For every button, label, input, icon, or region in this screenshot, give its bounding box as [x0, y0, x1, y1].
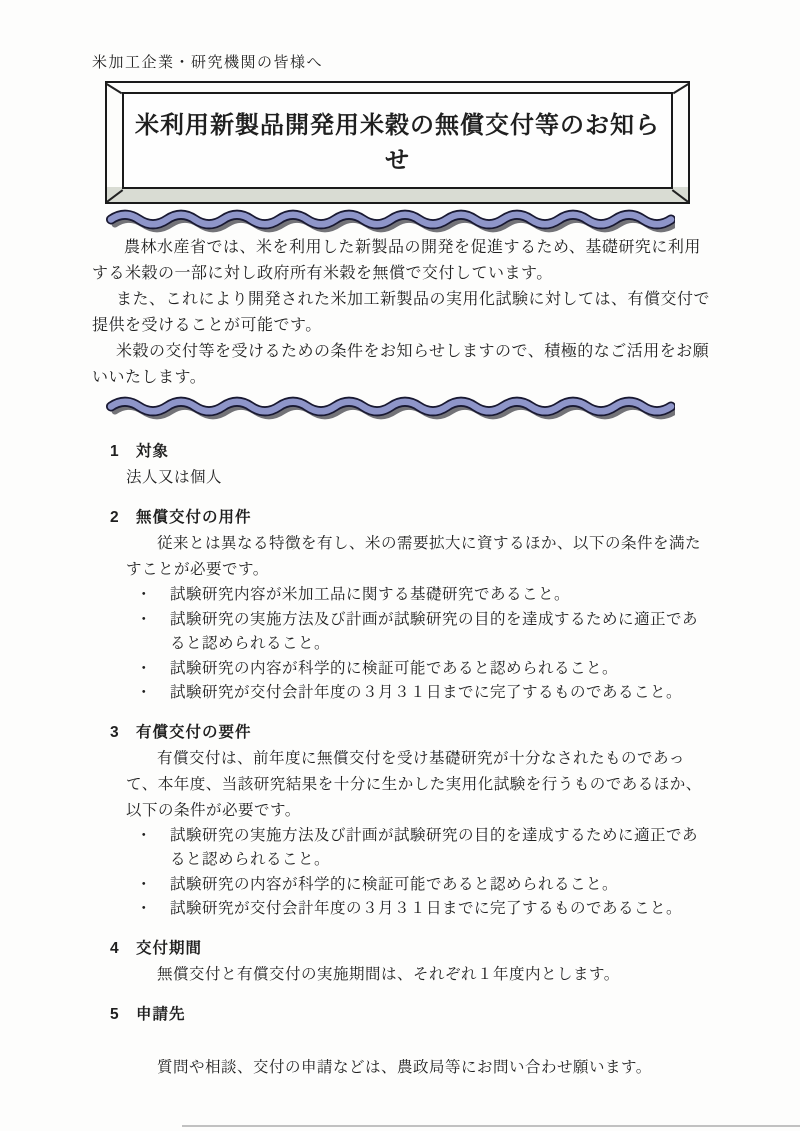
bullet-item: ・試験研究の内容が科学的に検証可能であると認められること。: [162, 657, 708, 682]
intro-paragraph: 農林水産省では、米を利用した新製品の開発を促進するため、基礎研究に利用する米穀の…: [92, 235, 714, 287]
section-number: 3: [110, 721, 136, 745]
recipient-line: 米加工企業・研究機関の皆様へ: [92, 0, 714, 72]
bullet-marker-icon: ・: [136, 873, 152, 898]
bullet-marker-icon: ・: [136, 824, 152, 849]
bullet-marker-icon: ・: [136, 681, 152, 706]
bullet-text: 試験研究の内容が科学的に検証可能であると認められること。: [170, 876, 618, 893]
title-box: 米利用新製品開発用米穀の無償交付等のお知らせ: [105, 81, 690, 204]
page-title: 米利用新製品開発用米穀の無償交付等のお知らせ: [122, 92, 673, 189]
bullet-item: ・試験研究の実施方法及び計画が試験研究の目的を達成するために適正であると認められ…: [162, 608, 708, 657]
document-page: 米加工企業・研究機関の皆様へ 米利用新製品開発用米穀の無償交付等のお知らせ 農林…: [0, 0, 800, 1131]
section-paragraph: 無償交付と有償交付の実施期間は、それぞれ１年度内とします。: [126, 962, 712, 988]
intro-paragraph: また、これにより開発された米加工新製品の実用化試験に対しては、有償交付で提供を受…: [92, 287, 714, 339]
bullet-marker-icon: ・: [136, 657, 152, 682]
bullet-marker-icon: ・: [136, 608, 152, 633]
section-paragraph: 質問や相談、交付の申請などは、農政局等にお問い合わせ願います。: [126, 1055, 712, 1081]
scan-edge-line: [182, 1125, 800, 1127]
section-heading: 対象: [136, 443, 169, 460]
wave-divider-top: [105, 204, 675, 234]
section: 5申請先質問や相談、交付の申請などは、農政局等にお問い合わせ願います。: [92, 1003, 714, 1081]
section-heading: 無償交付の用件: [136, 509, 252, 526]
sections: 1対象法人又は個人2無償交付の用件従来とは異なる特徴を有し、米の需要拡大に資する…: [92, 440, 714, 1081]
intro-paragraph: 米穀の交付等を受けるための条件をお知らせしますので、積極的なご活用をお願いいたし…: [92, 339, 714, 391]
section-number: 4: [110, 937, 136, 961]
section-number: 2: [110, 506, 136, 530]
section-head: 1対象: [92, 440, 714, 464]
bullet-text: 試験研究の実施方法及び計画が試験研究の目的を達成するために適正であると認められる…: [170, 827, 698, 869]
section-head: 4交付期間: [92, 937, 714, 961]
bevel-corner-line: [106, 83, 122, 94]
wave-divider-bottom: [105, 391, 675, 421]
section-head: 2無償交付の用件: [92, 506, 714, 530]
section-paragraph: 有償交付は、前年度に無償交付を受け基礎研究が十分なされたものであって、本年度、当…: [126, 746, 712, 824]
section-number: 5: [110, 1003, 136, 1027]
section: 4交付期間無償交付と有償交付の実施期間は、それぞれ１年度内とします。: [92, 937, 714, 988]
section-number: 1: [110, 440, 136, 464]
bullet-text: 試験研究が交付会計年度の３月３１日までに完了するものであること。: [170, 900, 682, 917]
section-paragraph: 法人又は個人: [126, 465, 712, 491]
bullet-item: ・試験研究内容が米加工品に関する基礎研究であること。: [162, 583, 708, 608]
bullet-marker-icon: ・: [136, 897, 152, 922]
section: 2無償交付の用件従来とは異なる特徴を有し、米の需要拡大に資するほか、以下の条件を…: [92, 506, 714, 706]
bullet-text: 試験研究が交付会計年度の３月３１日までに完了するものであること。: [170, 684, 682, 701]
bullet-item: ・試験研究の内容が科学的に検証可能であると認められること。: [162, 873, 708, 898]
section: 1対象法人又は個人: [92, 440, 714, 491]
section-paragraph: 従来とは異なる特徴を有し、米の需要拡大に資するほか、以下の条件を満たすことが必要…: [126, 531, 712, 583]
bevel-corner-line: [673, 83, 689, 94]
wave-icon: [105, 204, 675, 234]
section-heading: 申請先: [136, 1006, 186, 1023]
bullet-item: ・試験研究が交付会計年度の３月３１日までに完了するものであること。: [162, 897, 708, 922]
section-heading: 有償交付の要件: [136, 724, 252, 741]
bullet-text: 試験研究内容が米加工品に関する基礎研究であること。: [170, 586, 570, 603]
bevel-corner-line: [106, 189, 123, 202]
section-head: 3有償交付の要件: [92, 721, 714, 745]
bullet-text: 試験研究の実施方法及び計画が試験研究の目的を達成するために適正であると認められる…: [170, 611, 698, 653]
bevel-corner-line: [672, 189, 689, 202]
section-head: 5申請先: [92, 1003, 714, 1027]
bullet-marker-icon: ・: [136, 583, 152, 608]
intro-paragraphs: 農林水産省では、米を利用した新製品の開発を促進するため、基礎研究に利用する米穀の…: [92, 235, 714, 391]
wave-icon: [105, 391, 675, 421]
bullet-text: 試験研究の内容が科学的に検証可能であると認められること。: [170, 660, 618, 677]
bullet-item: ・試験研究が交付会計年度の３月３１日までに完了するものであること。: [162, 681, 708, 706]
section: 3有償交付の要件有償交付は、前年度に無償交付を受け基礎研究が十分なされたものであ…: [92, 721, 714, 922]
section-heading: 交付期間: [136, 940, 202, 957]
bullet-item: ・試験研究の実施方法及び計画が試験研究の目的を達成するために適正であると認められ…: [162, 824, 708, 873]
